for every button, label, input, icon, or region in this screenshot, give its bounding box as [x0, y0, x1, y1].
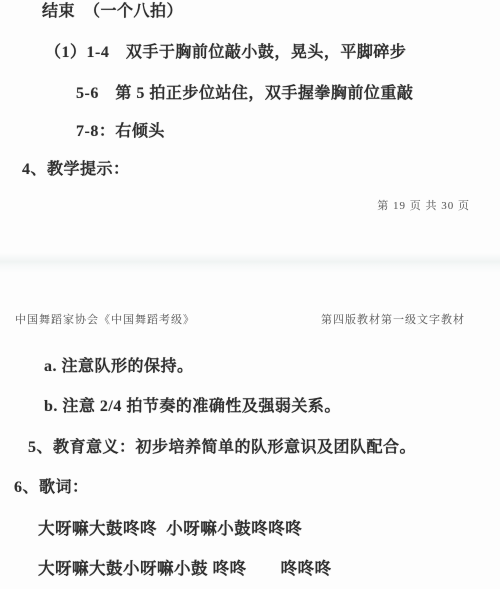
beat-1-4-instruction: （1）1-4 双手于胸前位敲小鼓，晃头，平脚碎步 [45, 43, 406, 63]
page-break-divider [0, 253, 500, 273]
ending-section-heading: 结束 （一个八拍） [42, 2, 183, 22]
lyrics-line-1: 大呀嘛大鼓咚咚 小呀嘛小鼓咚咚咚 [38, 519, 302, 539]
tip-b-rhythm: b. 注意 2/4 拍节奏的准确性及强弱关系。 [44, 397, 341, 417]
beat-7-8-instruction: 7-8：右倾头 [76, 122, 165, 142]
educational-meaning-heading: 5、教育意义：初步培养简单的队形意识及团队配合。 [28, 438, 416, 458]
page-header-right: 第四版教材第一级文字教材 [321, 311, 465, 327]
tip-a-formation: a. 注意队形的保持。 [44, 357, 194, 377]
teaching-tips-heading: 4、教学提示： [22, 160, 130, 180]
lyrics-heading: 6、歌词： [14, 478, 89, 498]
page-header-left: 中国舞蹈家协会《中国舞蹈考级》 [15, 311, 195, 327]
beat-5-6-instruction: 5-6 第 5 拍正步位站住，双手握拳胸前位重敲 [76, 84, 413, 104]
page-number-footer: 第 19 页 共 30 页 [377, 197, 470, 213]
document-page: 结束 （一个八拍） （1）1-4 双手于胸前位敲小鼓，晃头，平脚碎步 5-6 第… [0, 0, 500, 589]
lyrics-line-2: 大呀嘛大鼓小呀嘛小鼓 咚咚 咚咚咚 [38, 559, 332, 579]
